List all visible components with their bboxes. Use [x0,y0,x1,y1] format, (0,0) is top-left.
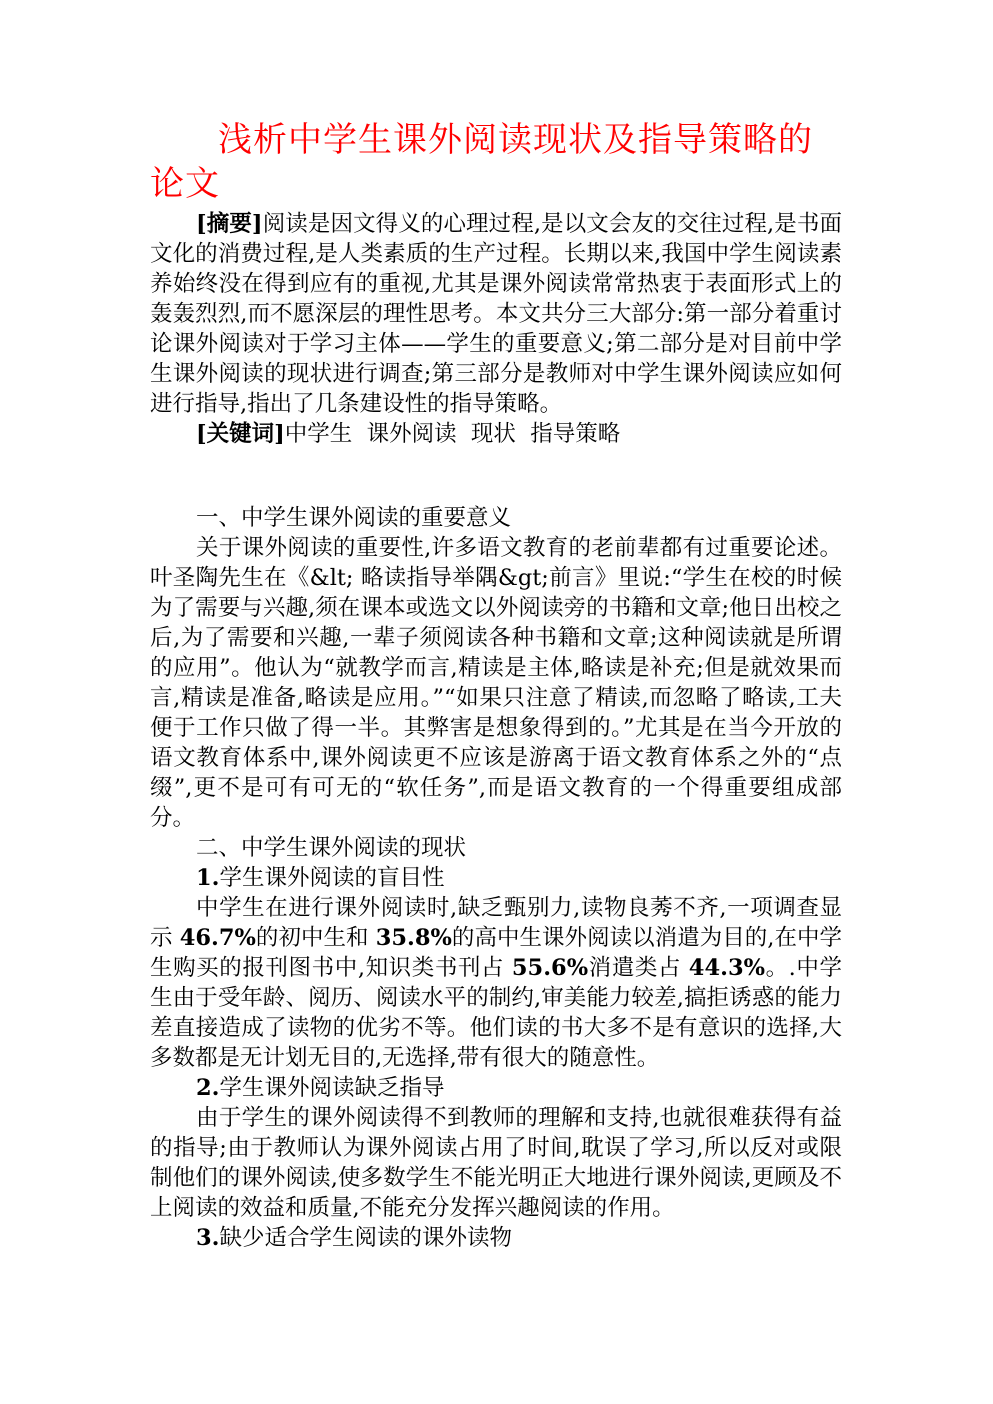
section-heading-1: 一、中学生课外阅读的重要意义 [150,503,842,533]
abstract-block: [摘要]阅读是因文得义的心理过程,是以文会友的交往过程,是书面文化的消费过程,是… [150,209,842,449]
keywords-text: 中学生 课外阅读 现状 指导策略 [285,421,620,447]
subsection-heading-1: 1.学生课外阅读的盲目性 [150,863,842,893]
stat-leisure: 44.3% [689,955,765,981]
stat-senior-high: 35.8% [376,925,452,951]
main-body: 一、中学生课外阅读的重要意义 关于课外阅读的重要性,许多语文教育的老前辈都有过重… [150,503,842,1253]
abstract-label: [摘要] [196,211,263,237]
section-heading-2: 二、中学生课外阅读的现状 [150,833,842,863]
keywords-label: [关键词] [196,421,285,447]
subsection-heading-2: 2.学生课外阅读缺乏指导 [150,1073,842,1103]
keywords-paragraph: [关键词]中学生 课外阅读 现状 指导策略 [150,419,842,449]
subsection-2-paragraph: 由于学生的课外阅读得不到教师的理解和支持,也就很难获得有益的指导;由于教师认为课… [150,1103,842,1223]
stat-knowledge: 55.6% [512,955,588,981]
abstract-paragraph: [摘要]阅读是因文得义的心理过程,是以文会友的交往过程,是书面文化的消费过程,是… [150,209,842,419]
subsection-1-paragraph: 中学生在进行课外阅读时,缺乏甄别力,读物良莠不齐,一项调查显示 46.7%的初中… [150,893,842,1073]
abstract-text: 阅读是因文得义的心理过程,是以文会友的交往过程,是书面文化的消费过程,是人类素质… [150,211,842,417]
section-1-paragraph: 关于课外阅读的重要性,许多语文教育的老前辈都有过重要论述。叶圣陶先生在《&lt;… [150,533,842,833]
stat-junior-high: 46.7% [180,925,256,951]
document-title: 浅析中学生课外阅读现状及指导策略的论文 [150,118,840,206]
document-page: 浅析中学生课外阅读现状及指导策略的论文 [摘要]阅读是因文得义的心理过程,是以文… [0,0,993,1404]
subsection-heading-3: 3.缺少适合学生阅读的课外读物 [150,1223,842,1253]
